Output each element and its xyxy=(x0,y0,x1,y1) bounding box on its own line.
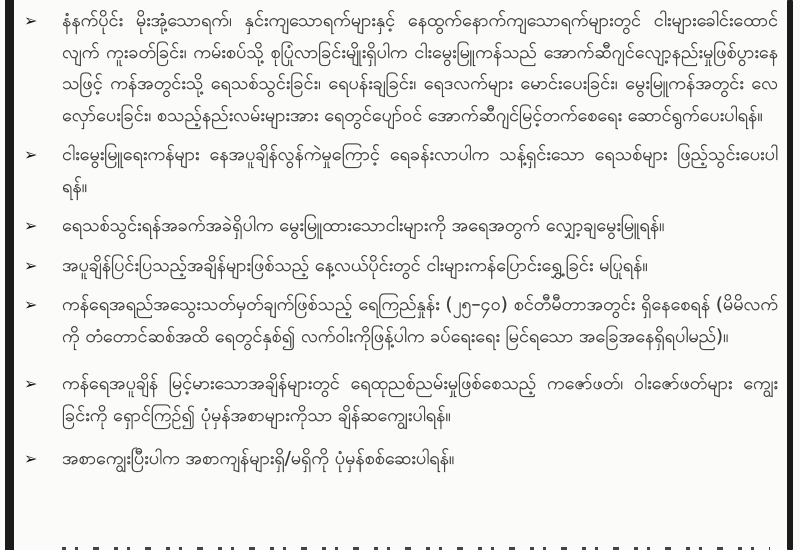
list-item: ➢နံနက်ပိုင်း မိုးအုံ့သောရက်၊ နှင်းကျသောရ… xyxy=(24,5,778,131)
list-item: ➢အပူချိန်ပြင်းပြသည့်အချိန်များဖြစ်သည့် န… xyxy=(24,250,778,282)
list-item: ➢ကန်ရေအပူချိန် မြင့်မားသောအချိန်များတွင်… xyxy=(24,368,778,431)
bullet-text: အစာကျွေးပြီးပါက အစာကျန်များရှိ/မရှိကို ပ… xyxy=(62,443,778,475)
list-item: ➢ကန်ရေအရည်အသွေးသတ်မှတ်ချက်ဖြစ်သည့် ရေကြည… xyxy=(24,289,778,352)
list-item: ➢အစာကျွေးပြီးပါက အစာကျန်များရှိ/မရှိကို … xyxy=(24,443,778,475)
bullet-text: ငါးမွေးမြူရေးကန်များ နေအပူချိန်လွန်ကဲမှု… xyxy=(62,139,778,202)
list-item: ➢ငါးမွေးမြူရေးကန်များ နေအပူချိန်လွန်ကဲမှ… xyxy=(24,139,778,202)
arrow-bullet-icon: ➢ xyxy=(24,139,62,170)
bullet-text: ကန်ရေအပူချိန် မြင့်မားသောအချိန်များတွင် … xyxy=(62,368,778,431)
bullet-list: ➢နံနက်ပိုင်း မိုးအုံ့သောရက်၊ နှင်းကျသောရ… xyxy=(24,5,778,483)
page-border-right xyxy=(787,0,793,550)
bullet-text: ကန်ရေအရည်အသွေးသတ်မှတ်ချက်ဖြစ်သည့် ရေကြည်… xyxy=(62,289,778,352)
arrow-bullet-icon: ➢ xyxy=(24,210,62,241)
page-border-left xyxy=(5,0,14,550)
bullet-text: ရေသစ်သွင်းရန်အခက်အခဲရှိပါက မွေးမြူထားသော… xyxy=(62,210,778,242)
arrow-bullet-icon: ➢ xyxy=(24,289,62,320)
arrow-bullet-icon: ➢ xyxy=(24,443,62,474)
scanned-document-page: ➢နံနက်ပိုင်း မိုးအုံ့သောရက်၊ နှင်းကျသောရ… xyxy=(0,0,800,550)
arrow-bullet-icon: ➢ xyxy=(24,250,62,281)
arrow-bullet-icon: ➢ xyxy=(24,5,62,36)
bullet-text: အပူချိန်ပြင်းပြသည့်အချိန်များဖြစ်သည့် နေ… xyxy=(62,250,778,282)
cropped-bottom-text-fragment xyxy=(62,544,770,550)
bullet-text: နံနက်ပိုင်း မိုးအုံ့သောရက်၊ နှင်းကျသောရက… xyxy=(62,5,778,131)
list-item: ➢ရေသစ်သွင်းရန်အခက်အခဲရှိပါက မွေးမြူထားသေ… xyxy=(24,210,778,242)
arrow-bullet-icon: ➢ xyxy=(24,368,62,399)
